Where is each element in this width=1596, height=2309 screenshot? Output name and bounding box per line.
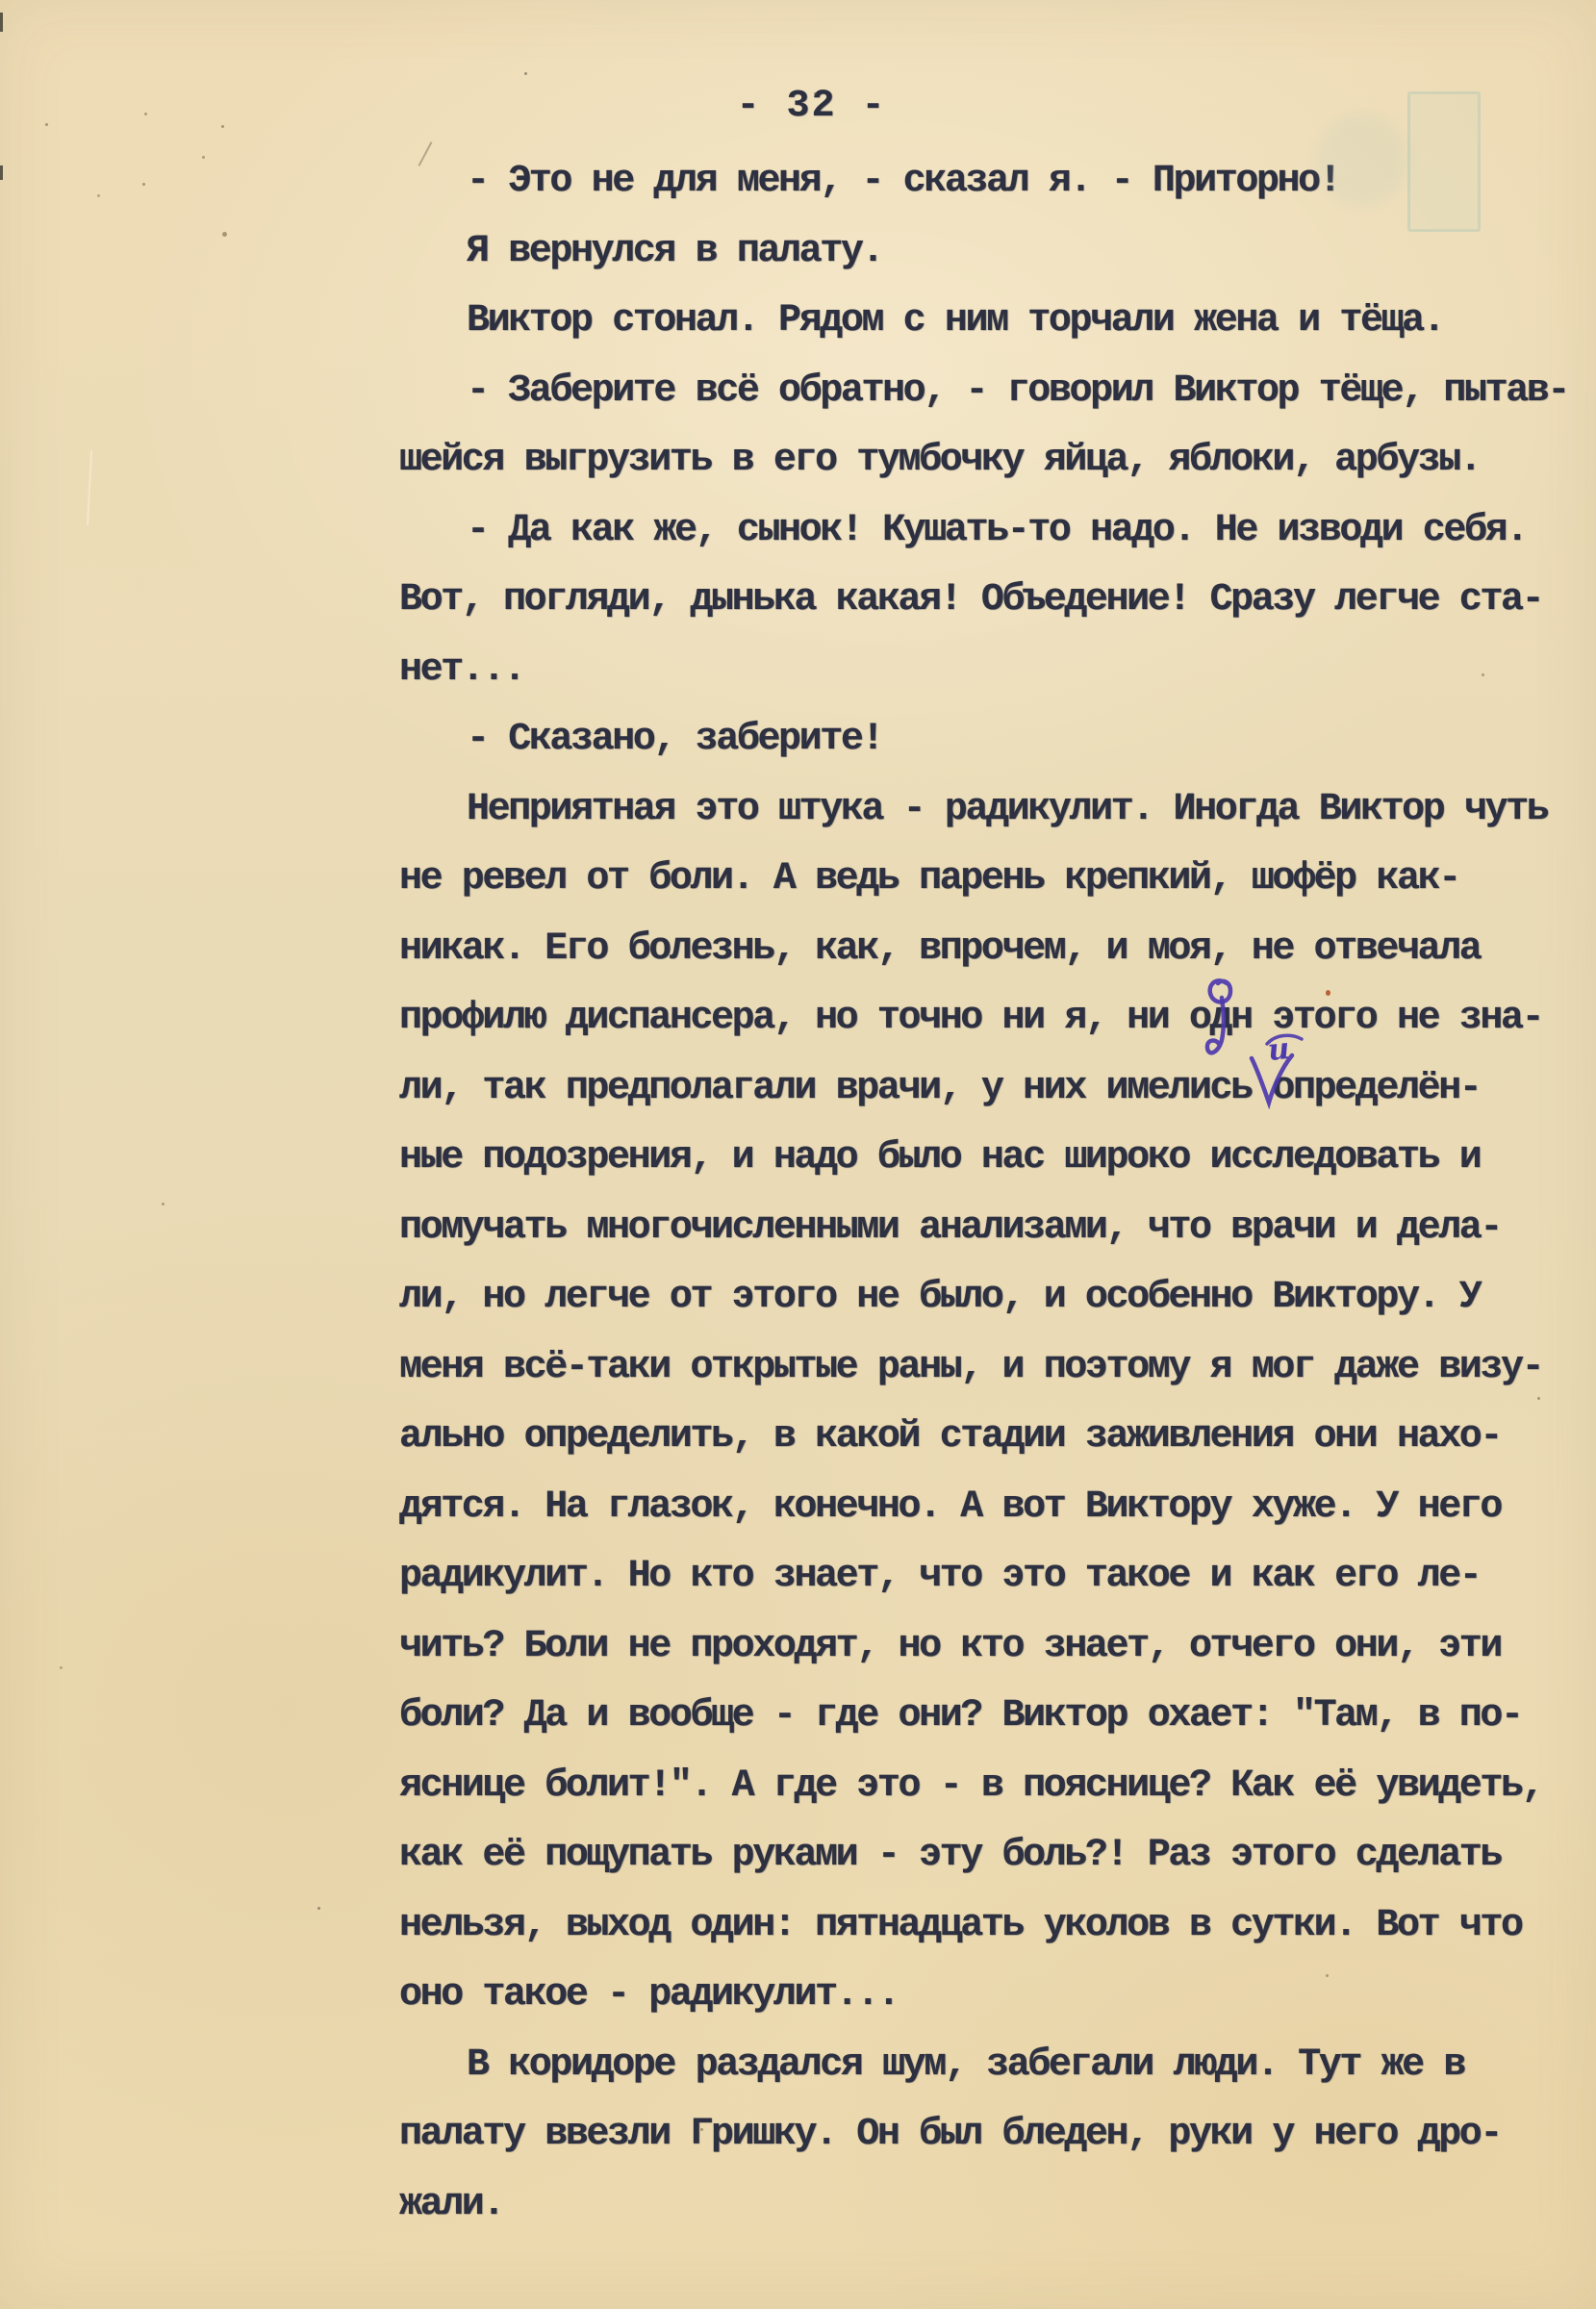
typescript-body: - Это не для меня, - сказал я. - Приторн… (399, 136, 1583, 2240)
handwritten-delete-mark (1201, 975, 1245, 1063)
typescript-line: В коридоре раздался шум, забегали люди. … (399, 2031, 1583, 2101)
typescript-line: чить? Боли не проходят, но кто знает, от… (399, 1612, 1583, 1683)
typescript-line: как её пощупать руками - эту боль?! Раз … (399, 1821, 1583, 1891)
typescript-line: - Заберите всё обратно, - говорил Виктор… (399, 357, 1583, 427)
typescript-line: - Сказано, заберите! (399, 705, 1583, 775)
typescript-line: профилю диспансера, но точно ни я, ни од… (399, 984, 1583, 1054)
typescript-line: боли? Да и вообще - где они? Виктор охае… (399, 1682, 1583, 1752)
typescript-line: нет... (399, 636, 1583, 706)
typescript-line: ли, так предполагали врачи, у них имелис… (399, 1054, 1583, 1125)
inserted-letter: и (1266, 1034, 1291, 1066)
scan-edge-artifact (0, 165, 3, 180)
typescript-line: ли, но легче от этого не было, и особенн… (399, 1263, 1583, 1333)
typescript-line: радикулит. Но кто знает, что это такое и… (399, 1542, 1583, 1612)
scanned-typescript-page: - 32 - - Это не для меня, - сказал я. - … (0, 0, 1596, 2309)
typescript-line: палату ввезли Гришку. Он был бледен, рук… (399, 2100, 1583, 2170)
typescript-line: ально определить, в какой стадии заживле… (399, 1403, 1583, 1473)
typescript-line: жали. (399, 2170, 1583, 2241)
typescript-line: нельзя, выход один: пятнадцать уколов в … (399, 1891, 1583, 1962)
typescript-line: Вот, погляди, дынька какая! Объедение! С… (399, 566, 1583, 636)
typescript-line: меня всё-таки открытые раны, и поэтому я… (399, 1333, 1583, 1404)
typescript-line: - Да как же, сынок! Кушать-то надо. Не и… (399, 496, 1583, 567)
red-ink-speck (1326, 990, 1330, 996)
typescript-line: не ревел от боли. А ведь парень крепкий,… (399, 845, 1583, 915)
typescript-line: помучать многочисленными анализами, что … (399, 1194, 1583, 1264)
ink-smudge (1316, 114, 1408, 206)
typescript-line: ные подозрения, и надо было нас широко и… (399, 1124, 1583, 1194)
paper-crease (87, 450, 92, 525)
typescript-line: Неприятная это штука - радикулит. Иногда… (399, 775, 1583, 846)
ghost-stamp-rectangle (1407, 91, 1481, 232)
scan-edge-artifact (0, 13, 3, 32)
typescript-line: Я вернулся в палату. (399, 217, 1583, 288)
typescript-line: никак. Его болезнь, как, впрочем, и моя,… (399, 915, 1583, 985)
typescript-line: яснице болит!". А где это - в пояснице? … (399, 1752, 1583, 1822)
typescript-line: дятся. На глазок, конечно. А вот Виктору… (399, 1473, 1583, 1543)
typescript-line: оно такое - радикулит... (399, 1961, 1583, 2031)
paper-speckles (45, 123, 48, 126)
typescript-line: шейся выгрузить в его тумбочку яйца, ябл… (399, 426, 1583, 496)
typescript-line: Виктор стонал. Рядом с ним торчали жена … (399, 287, 1583, 357)
